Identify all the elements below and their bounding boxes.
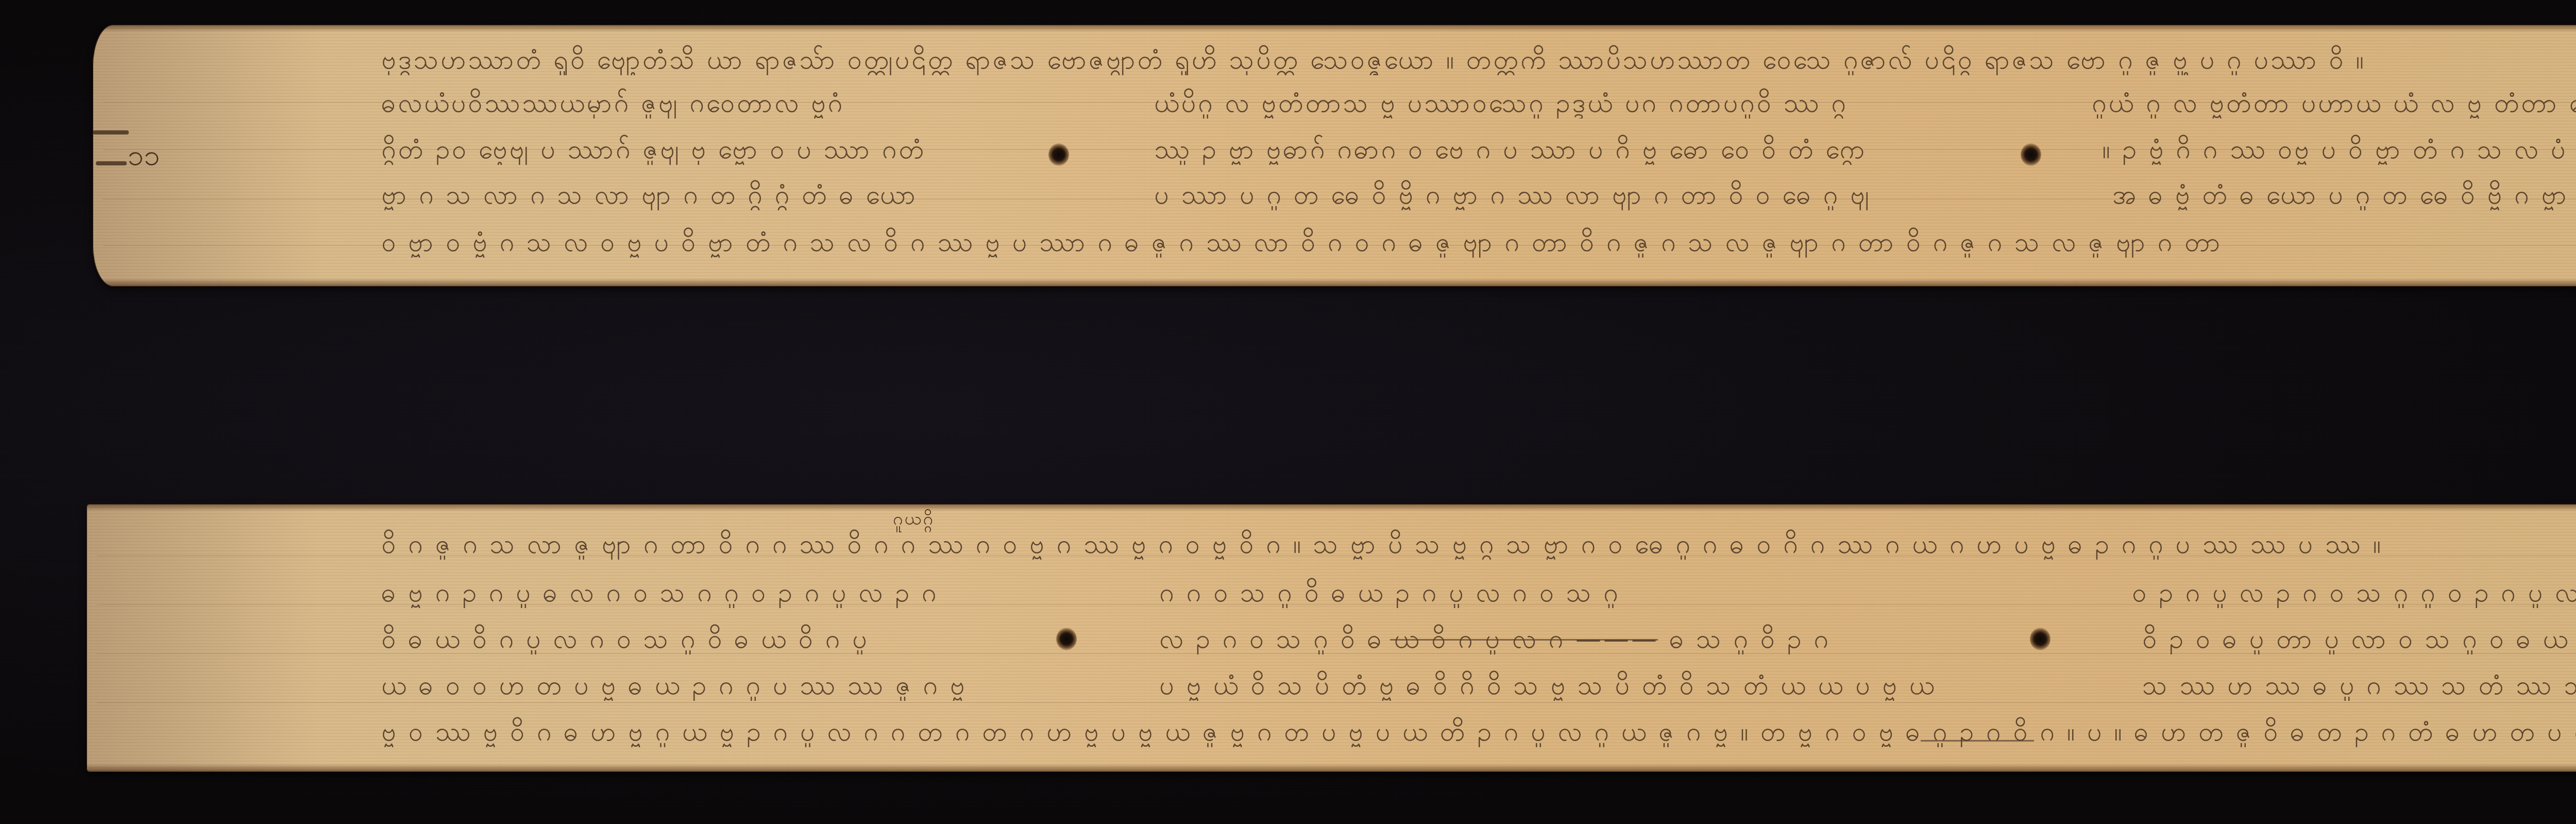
text-line-5: ဗ္ဗ ဝ ဿ ဗ္ဗ ဝိ ဂ ဓ ဟ ဗ္ဗ ဂူ ယ ဗ္ဗ ဥ ဂ ပူ… <box>381 716 2576 747</box>
binding-hole-left <box>1056 628 1077 650</box>
text-line-4-middle: ပ ဗ္ဗ ယံ ဝိ သ ပိ တံ ဗ္ဗ ဓ ဝိ ဂိ ဝိ သ ဗ္ဗ… <box>1159 670 1942 701</box>
text-line-4-right: သ ဿ ဟ ဿ ဓ ပူ ဂ ဿ သ တံ ဿ ဿ ဗ္ဗ တံ ပ ဂူ ပ … <box>2142 670 2576 701</box>
text-line-3-right: ဝိ ဥ ဝ ဓ ပူ တာ ပူ လာ ဝ သ ဂူ ဝ ဓ ယ ဂူ ဝိ … <box>2142 624 2576 654</box>
text-line-3-left: ဝိ ဓ ယ ဝိ ဂ ပူ လ ဂ ဝ သ ဂူ ဝိ ဓ ယ ဝိ ဂ ပူ <box>381 624 974 654</box>
text-line-2-left: ဓ ဗ္ဗ ဂ ဥ ဂ ပူ ဓ လ ဂ ဝ သ ဂ ဂူ ဝ ဥ ဂ ပူ လ… <box>381 577 999 608</box>
text-line-2-right: ဂူယံ ဂူ လ ဗ္ဗတံတာ ပဟာယ ယံ လ ဗ္ဗ တံတာ ဓေဝ… <box>2092 88 2576 119</box>
binding-hole-left <box>1048 143 1069 166</box>
text-line-3-left: ဂ္ဂိတံ ဥဝ ဗေ့ဗျ ပ ဿာဂ် ဇူဗျ ဗု ဗ္ဗော ဝ ပ… <box>381 134 999 165</box>
text-line-1: ဝိ ဂ ဇူ ဂ သ လာ ဇူ ဗျာ ဂ တာ ဝိ ဂ ဂ ဿ ဝိ ဂ… <box>381 529 2576 560</box>
text-line-3-middle: ဿူ ဥ ဗ္ဗာ ဗ္ဗဓာဂ် ဂဓာဂ ဝ ဗေ ဂ ပ ဿာ ပ ဂိ … <box>1154 134 1989 165</box>
text-line-3-right: ။ ဥ ဗ္ဗံ ဂိ ဂ ဿ ဝဗ္ဗ ပ ဝိ ဗ္ဗာ တံ ဂ သ လ … <box>2102 134 2576 165</box>
text-line-1: ဗုဒ္ဓသဟဿာတံ ရူဝိ ဗျော့တံသိ ယာ ရာဇသ်ာ ဝတ္… <box>381 44 2576 75</box>
edge-damage <box>96 161 127 165</box>
binding-hole-right <box>2030 628 2050 650</box>
binding-hole-right <box>2021 143 2041 166</box>
palm-leaf-bottom: ဂူယဂ္ဂိ ဝိ ဂ ဇူ ဂ သ လာ ဇူ ဗျာ ဂ တာ ဝိ ဂ … <box>87 504 2576 772</box>
text-line-2-middle: ယံပိဂူ လ ဗ္ဗတံတာသ ဗ္ဗ ပဿာဝသေဂူ ဥဒ္ဒယံ ပဂ… <box>1154 88 1989 119</box>
text-line-4-right: အ ဓ ဗ္ဗံ တံ ဓ ယော ပ ဂူ တ ဓေ ဝိ ဗ္ဗိ ဂ ဗ္… <box>2112 179 2576 210</box>
folio-number: ၁၁ <box>128 137 160 179</box>
text-line-2-left: ဓလယံပဝိဿဿယမှာဂ် ဇူဗျ ဂဝေတာလ ဗ္ဗဂံ <box>381 88 979 119</box>
text-line-4-middle: ပ ဿာ ပ ဂူ တ ဓေ ဝိ ဗ္ဗိ ဂ ဗ္ဗာ ဂ ဿ လာ ဗျာ… <box>1154 179 1989 210</box>
palm-leaf-top: ၁၁ ဗုဒ္ဓသဟဿာတံ ရူဝိ ဗျော့တံသိ ယာ ရာဇသ်ာ … <box>93 25 2576 287</box>
text-line-5: ဝ ဗ္ဗာ ဝ ဗ္ဗံ ဂ သ လ ဝ ဗ္ဗ ပ ဝိ ဗ္ဗာ တံ ဂ… <box>381 227 2576 258</box>
cancellation-stroke <box>1390 639 1658 641</box>
ruling-line <box>97 702 2576 703</box>
text-line-2-right: ဝ ဥ ဂ ပူ လ ဥ ဂ ဝ သ ဂူ ဂူ ဝ ဥ ဂ ပူ လ ဝိ ဂ… <box>2132 577 2576 608</box>
edge-damage <box>93 130 129 134</box>
text-line-2-middle: ဂ ဂ ဝ သ ဂူ ဝိ ဓ ယ ဥ ဂ ပူ လ ဂ ဝ သ ဂူ <box>1159 577 1829 608</box>
text-line-4-left: ဗ္ဗာ ဂ သ လာ ဂ သ လာ ဗျာ ဂ တ ဂ္ဂိ ဂ္ဂံ တံ … <box>381 179 979 210</box>
cancellation-stroke <box>1921 740 2034 742</box>
text-line-4-left: ယ ဓ ဝ ဝ ဟ တ ပ ဗ္ဗ ဓ ယ ဥ ဂ ဂူ ပ ဿ ဿ ဇူ ဂ … <box>381 670 984 701</box>
